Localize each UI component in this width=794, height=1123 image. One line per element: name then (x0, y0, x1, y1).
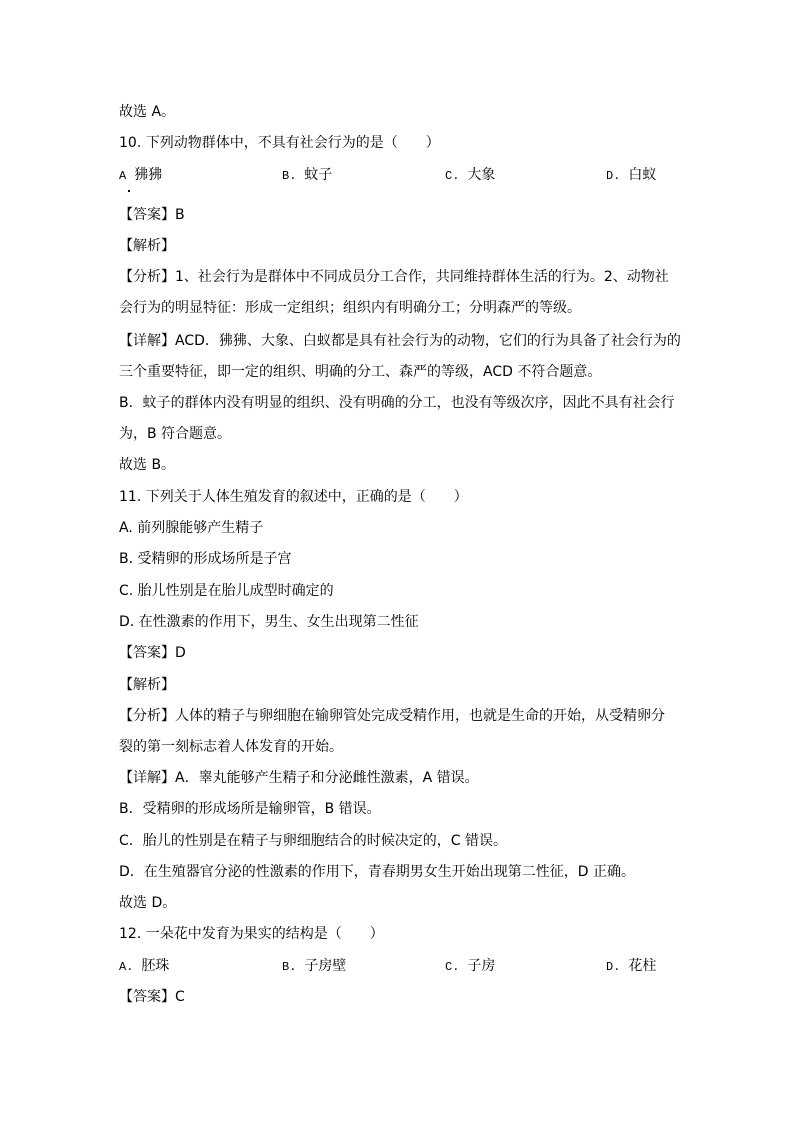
q10-xiangjie-line-1: 【详解】ACD．狒狒、大象、白蚁都是具有社会行为的动物，它们的行为具备了社会行为… (119, 332, 679, 350)
q11-option-c: C. 胎儿性别是在胎儿成型时确定的 (119, 582, 679, 600)
q10-fenxi-line-1: 【分析】1、社会行为是群体中不同成员分工合作，共同维持群体生活的行为。2、动物社 (119, 268, 679, 286)
q10-analysis-header: 【解析】 (119, 237, 679, 255)
q11-fenxi-line-2: 裂的第一刻标志着人体发育的开始。 (119, 738, 679, 756)
option-text: 大象 (467, 167, 495, 183)
q11-analysis-header: 【解析】 (119, 676, 679, 694)
q11-xiangjie-line-2: B．受精卵的形成场所是输卵管，B 错误。 (119, 800, 679, 818)
q11-answer: 【答案】D (119, 644, 679, 662)
q12-option-d: D.花柱 (606, 957, 656, 976)
option-letter: D. (606, 960, 620, 974)
option-letter: B. (282, 169, 296, 183)
q10-answer: 【答案】B (119, 206, 679, 224)
q10-option-c: C.大象 (445, 166, 495, 185)
q10-options: A狒狒 B.蚊子 C.大象 D.白蚁 (119, 166, 679, 184)
stray-dot-mark (128, 190, 130, 192)
q12-option-c: C.子房 (445, 957, 495, 976)
option-letter: C. (445, 960, 459, 974)
option-text: 子房壁 (304, 958, 346, 974)
q11-option-d: D. 在性激素的作用下，男生、女生出现第二性征 (119, 613, 679, 631)
option-text: 狒狒 (134, 167, 162, 183)
option-text: 白蚁 (628, 167, 656, 183)
q11-fenxi-line-1: 【分析】人体的精子与卵细胞在输卵管处完成受精作用，也就是生命的开始，从受精卵分 (119, 707, 679, 725)
q11-option-b: B. 受精卵的形成场所是子宫 (119, 550, 679, 568)
q12-answer: 【答案】C (119, 988, 679, 1006)
option-text: 子房 (467, 958, 495, 974)
option-text: 胚珠 (141, 958, 169, 974)
q10-xiangjie-line-2: 三个重要特征，即一定的组织、明确的分工、森严的等级，ACD 不符合题意。 (119, 363, 679, 381)
q10-stem: 10. 下列动物群体中，不具有社会行为的是（ ） (119, 134, 679, 152)
q10-conclusion: 故选 B。 (119, 456, 679, 474)
q12-option-a: A.胚珠 (119, 957, 169, 976)
document-page: 故选 A。 10. 下列动物群体中，不具有社会行为的是（ ） A狒狒 B.蚊子 … (0, 0, 794, 1123)
q10-xiangjie-line-3: B．蚊子的群体内没有明显的组织、没有明确的分工，也没有等级次序，因此不具有社会行 (119, 394, 679, 412)
q12-option-b: B.子房壁 (282, 957, 346, 976)
option-letter: B. (282, 960, 296, 974)
option-letter: A. (119, 960, 133, 974)
q10-option-a: A狒狒 (119, 166, 162, 185)
option-text: 花柱 (628, 958, 656, 974)
option-text: 蚊子 (304, 167, 332, 183)
q10-fenxi-line-2: 会行为的明显特征：形成一定组织；组织内有明确分工；分明森严的等级。 (119, 299, 679, 317)
option-letter: A (119, 169, 126, 183)
q11-stem: 11. 下列关于人体生殖发育的叙述中，正确的是（ ） (119, 488, 679, 506)
option-letter: D. (606, 169, 620, 183)
q11-option-a: A. 前列腺能够产生精子 (119, 519, 679, 537)
q11-conclusion: 故选 D。 (119, 894, 679, 912)
q11-xiangjie-line-3: C．胎儿的性别是在精子与卵细胞结合的时候决定的，C 错误。 (119, 832, 679, 850)
q10-option-d: D.白蚁 (606, 166, 656, 185)
q10-option-b: B.蚊子 (282, 166, 332, 185)
q12-options: A.胚珠 B.子房壁 C.子房 D.花柱 (119, 957, 679, 975)
q9-conclusion: 故选 A。 (119, 103, 679, 121)
q11-xiangjie-line-1: 【详解】A．睾丸能够产生精子和分泌雌性激素，A 错误。 (119, 769, 679, 787)
option-letter: C. (445, 169, 459, 183)
q12-stem: 12. 一朵花中发育为果实的结构是（ ） (119, 925, 679, 943)
q10-xiangjie-line-4: 为，B 符合题意。 (119, 425, 679, 443)
q11-xiangjie-line-4: D．在生殖器官分泌的性激素的作用下，青春期男女生开始出现第二性征，D 正确。 (119, 863, 679, 881)
